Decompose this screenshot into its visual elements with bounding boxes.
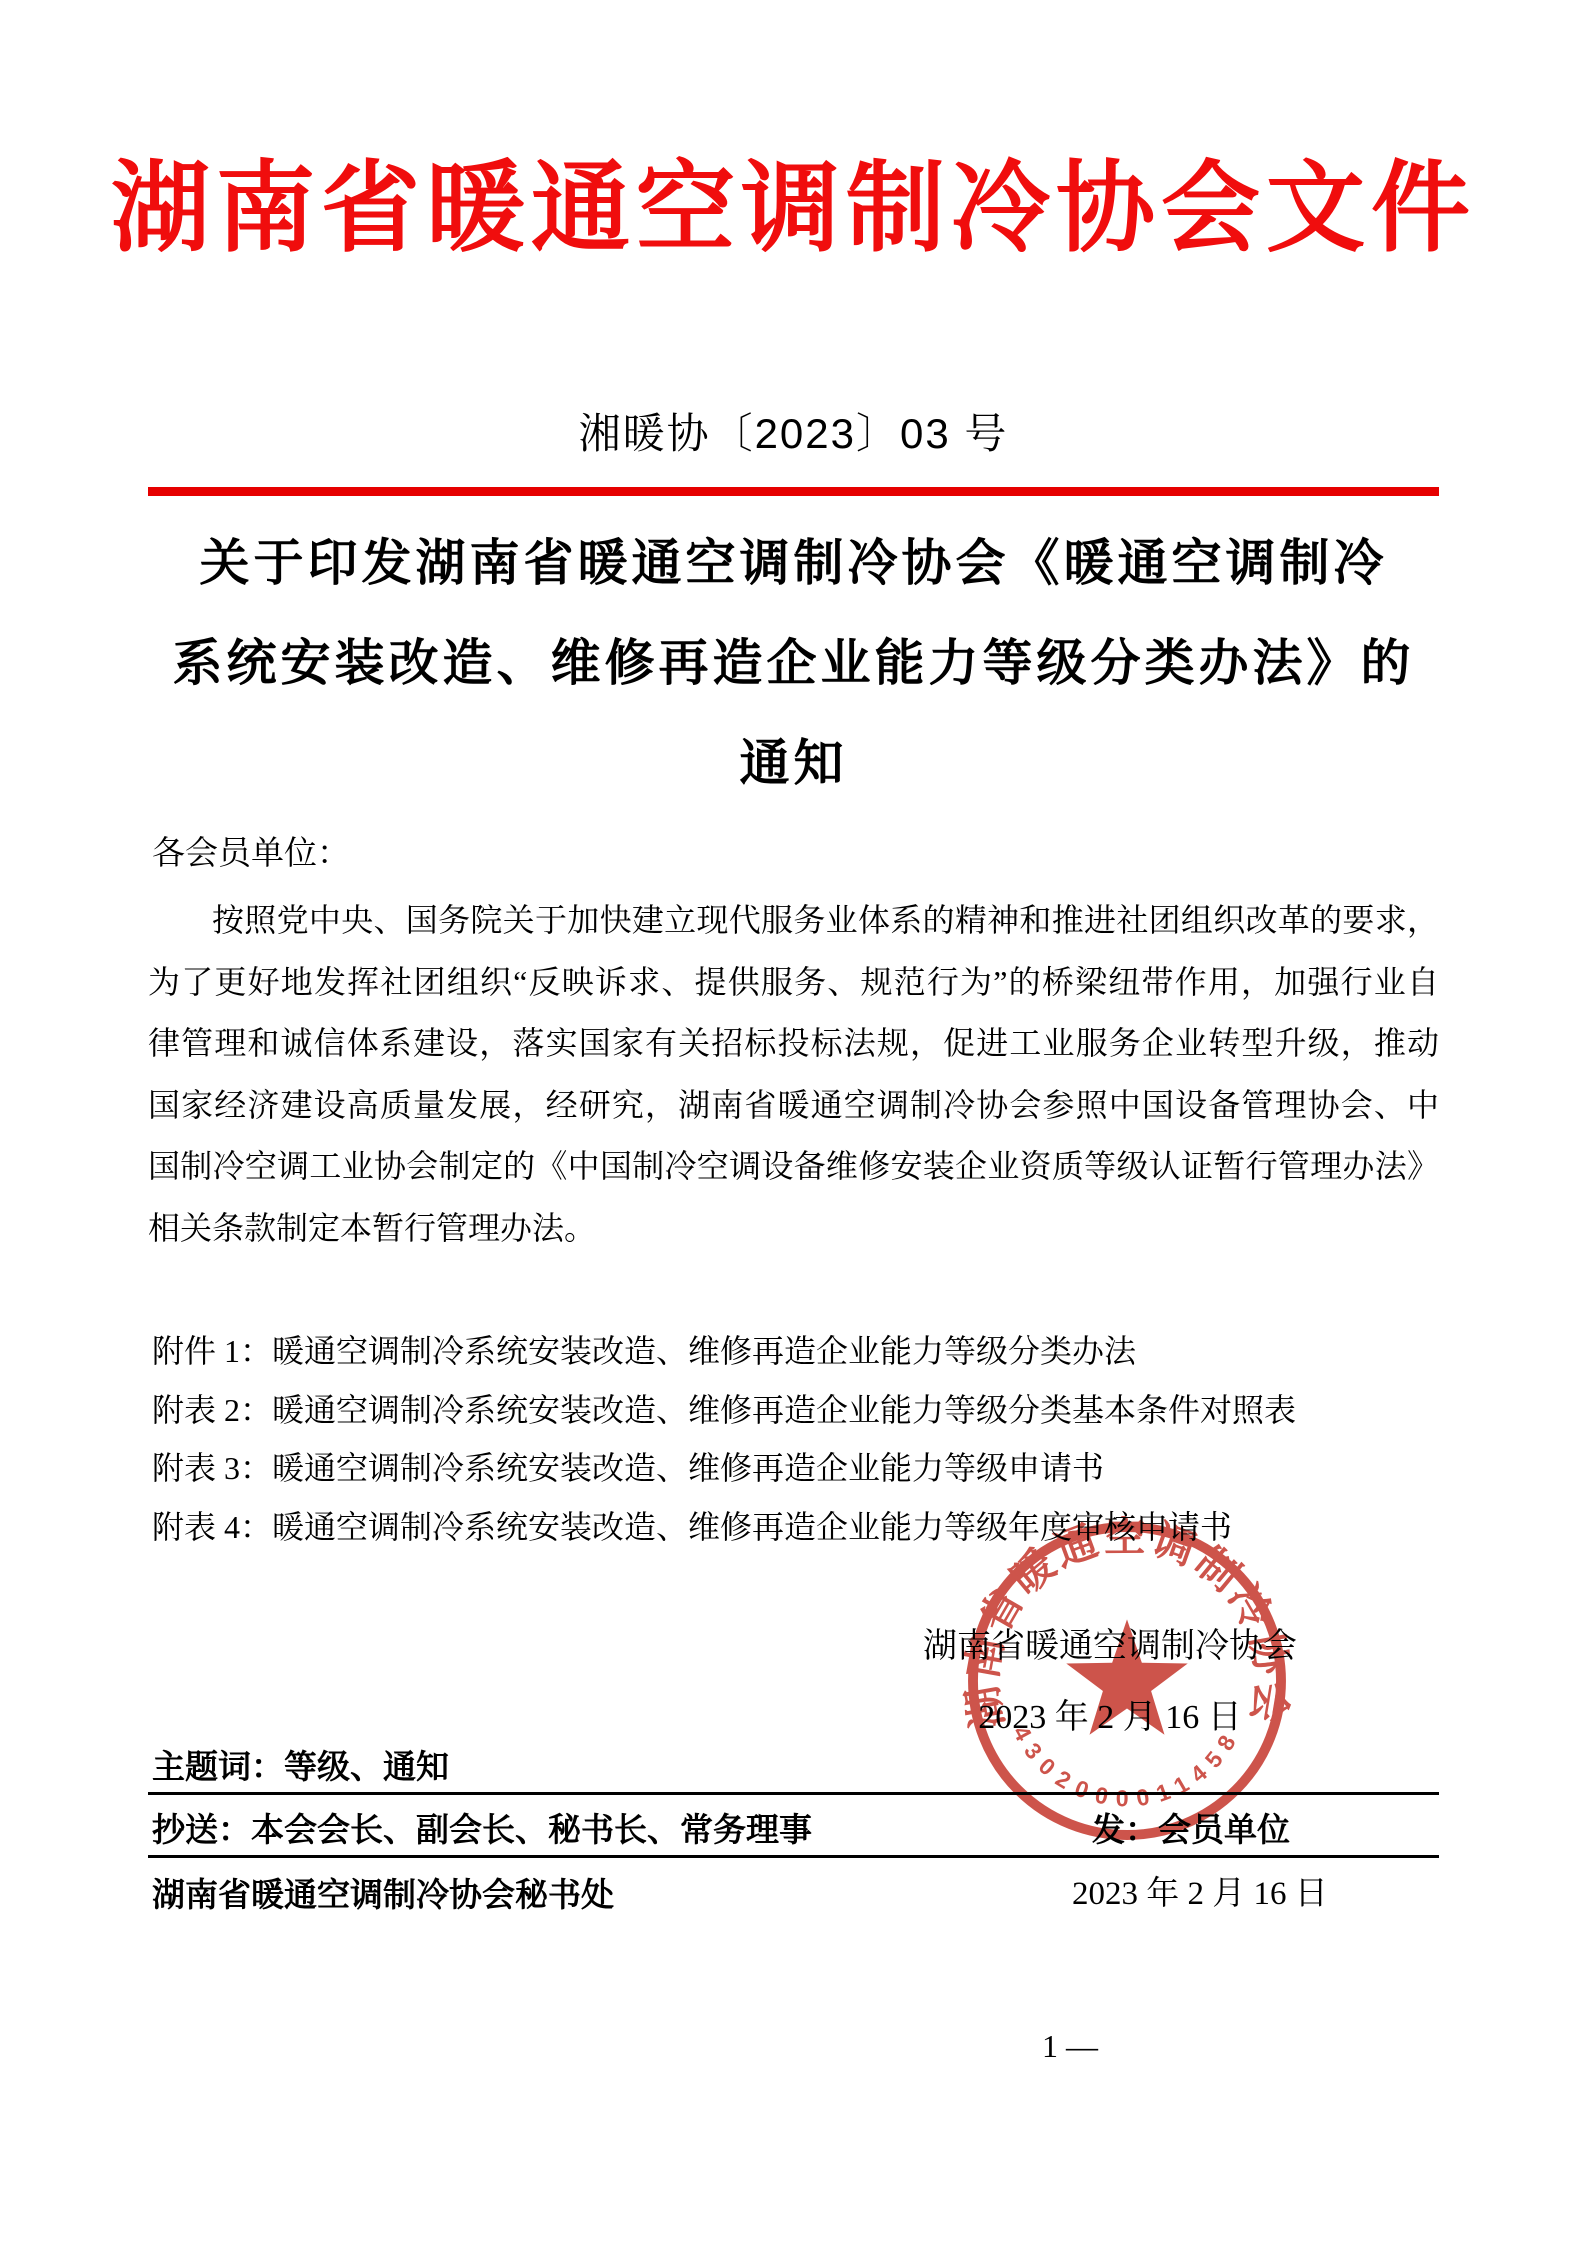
doc-title-line-3: 通知 <box>0 733 1587 793</box>
footer-issue-to: 发：会员单位 <box>1092 1813 1290 1846</box>
attachment-label: 附表 4： <box>152 1509 272 1545</box>
body-line: 为了更好地发挥社团组织“反映诉求、提供服务、规范行为”的桥梁纽带作用，加强行业自 <box>148 952 1439 1014</box>
attachment-text: 暖通空调制冷系统安装改造、维修再造企业能力等级分类基本条件对照表 <box>272 1392 1296 1428</box>
attachment-label: 附表 2： <box>152 1392 272 1428</box>
footer-divider-2 <box>148 1855 1439 1858</box>
footer-subject-row: 主题词：等级、通知 <box>152 1750 449 1783</box>
footer-date: 2023 年 2 月 16 日 <box>1072 1878 1328 1911</box>
cc-value: 本会会长、副会长、秘书长、常务理事 <box>251 1811 812 1848</box>
body-line: 相关条款制定本暂行管理办法。 <box>148 1198 1439 1260</box>
attachment-item: 附表 2：暖通空调制冷系统安装改造、维修再造企业能力等级分类基本条件对照表 <box>152 1381 1442 1440</box>
issue-label: 发： <box>1092 1811 1158 1848</box>
seal-registration-number: 4302000011458 <box>1008 1721 1245 1811</box>
page-number: 1 — <box>1042 2030 1098 2062</box>
footer-cc-row: 抄送：本会会长、副会长、秘书长、常务理事 <box>152 1813 812 1846</box>
doc-title-line-1: 关于印发湖南省暖通空调制冷协会《暖通空调制冷 <box>0 533 1587 593</box>
attachment-text: 暖通空调制冷系统安装改造、维修再造企业能力等级分类办法 <box>272 1333 1136 1369</box>
doc-title-line-2: 系统安装改造、维修再造企业能力等级分类办法》的 <box>0 633 1587 693</box>
body-line: 国家经济建设高质量发展，经研究，湖南省暖通空调制冷协会参照中国设备管理协会、中 <box>148 1075 1439 1137</box>
document-number: 湘暖协〔2023〕03 号 <box>0 413 1587 455</box>
subject-label: 主题词： <box>152 1748 284 1785</box>
attachment-label: 附件 1： <box>152 1333 272 1369</box>
red-divider-rule <box>148 487 1439 496</box>
attachment-item: 附表 3：暖通空调制冷系统安装改造、维修再造企业能力等级申请书 <box>152 1439 1442 1498</box>
seal-star-icon <box>1066 1619 1187 1734</box>
body-line: 国制冷空调工业协会制定的《中国制冷空调设备维修安装企业资质等级认证暂行管理办法》 <box>148 1136 1439 1198</box>
document-page: { "colors": { "header_red": "#f00d0d", "… <box>0 0 1587 2245</box>
cc-label: 抄送： <box>152 1811 251 1848</box>
letterhead-title: 湖南省暖通空调制冷协会文件 <box>0 158 1587 257</box>
footer-divider-1 <box>148 1792 1439 1795</box>
official-seal: 湖南省暖通空调制冷协会 4302000011458 <box>962 1516 1292 1846</box>
attachment-label: 附表 3： <box>152 1450 272 1486</box>
subject-value: 等级、通知 <box>284 1748 449 1785</box>
attachment-text: 暖通空调制冷系统安装改造、维修再造企业能力等级申请书 <box>272 1450 1104 1486</box>
body-paragraph: 按照党中央、国务院关于加快建立现代服务业体系的精神和推进社团组织改革的要求， 为… <box>148 890 1439 1259</box>
body-line: 按照党中央、国务院关于加快建立现代服务业体系的精神和推进社团组织改革的要求， <box>148 890 1439 952</box>
issue-value: 会员单位 <box>1158 1811 1290 1848</box>
salutation: 各会员单位： <box>152 838 350 871</box>
footer-issuer: 湖南省暖通空调制冷协会秘书处 <box>152 1878 614 1911</box>
body-line: 律管理和诚信体系建设，落实国家有关招标投标法规，促进工业服务企业转型升级，推动 <box>148 1013 1439 1075</box>
attachment-item: 附件 1：暖通空调制冷系统安装改造、维修再造企业能力等级分类办法 <box>152 1322 1442 1381</box>
